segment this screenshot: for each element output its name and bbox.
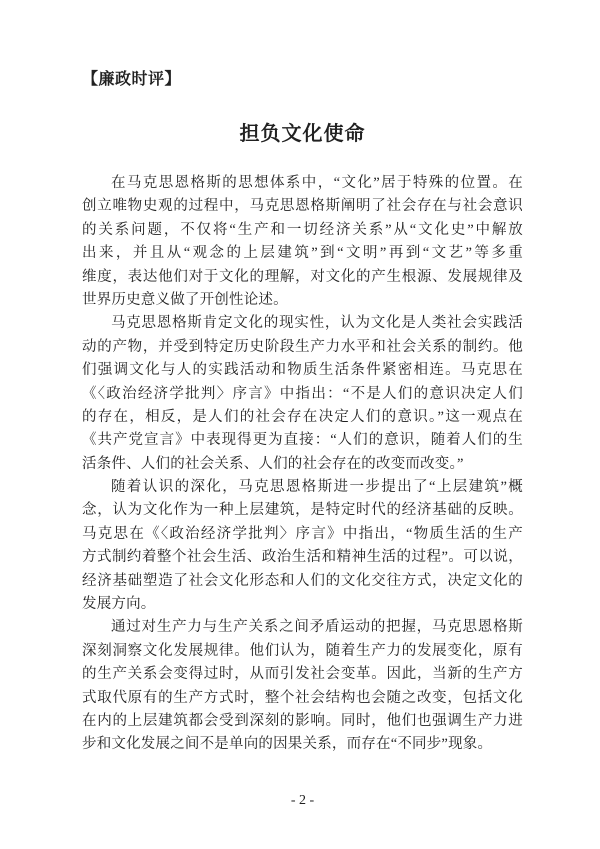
body-paragraph: 马克思恩格斯肯定文化的现实性，认为文化是人类社会实践活动的产物，并受到特定历史阶… bbox=[82, 312, 523, 476]
text-line: 《共产党宣言》中表现得更为直接：“人们的意识，随着人们的生 bbox=[82, 429, 523, 452]
text-line: 维度，表达他们对于文化的理解，对文化的产生根源、发展规律及 bbox=[82, 266, 523, 289]
text-line: 马克思在《〈政治经济学批判〉序言》中指出，“物质生活的生产 bbox=[82, 523, 523, 546]
text-line: 步和文化发展之间不是单向的因果关系，而存在“不同步”现象。 bbox=[82, 733, 523, 756]
text-line: 通过对生产力与生产关系之间矛盾运动的把握，马克思恩格斯 bbox=[82, 616, 523, 639]
text-line: 在马克思恩格斯的思想体系中，“文化”居于特殊的位置。在 bbox=[82, 172, 523, 195]
page-title: 担负文化使命 bbox=[82, 120, 523, 148]
text-line: 们强调文化与人的实践活动和物质生活条件紧密相连。马克思在 bbox=[82, 359, 523, 382]
body-paragraph: 随着认识的深化，马克思恩格斯进一步提出了“上层建筑”概念，认为文化作为一种上层建… bbox=[82, 476, 523, 616]
text-line: 创立唯物史观的过程中，马克思恩格斯阐明了社会存在与社会意识 bbox=[82, 195, 523, 218]
text-line: 经济基础塑造了社会文化形态和人们的文化交往方式，决定文化的 bbox=[82, 570, 523, 593]
text-line: 出来，并且从“观念的上层建筑”到“文明”再到“文艺”等多重 bbox=[82, 242, 523, 265]
text-line: 活条件、人们的社会关系、人们的社会存在的改变而改变。” bbox=[82, 453, 523, 476]
section-header: 【廉政时评】 bbox=[82, 70, 523, 90]
document-body: 在马克思恩格斯的思想体系中，“文化”居于特殊的位置。在创立唯物史观的过程中，马克… bbox=[82, 172, 523, 757]
text-line: 的存在，相反，是人们的社会存在决定人们的意识。”这一观点在 bbox=[82, 406, 523, 429]
text-line: 随着认识的深化，马克思恩格斯进一步提出了“上层建筑”概 bbox=[82, 476, 523, 499]
text-line: 《〈政治经济学批判〉序言》中指出：“不是人们的意识决定人们 bbox=[82, 383, 523, 406]
text-line: 方式制约着整个社会生活、政治生活和精神生活的过程”。可以说， bbox=[82, 546, 523, 569]
body-paragraph: 通过对生产力与生产关系之间矛盾运动的把握，马克思恩格斯深刻洞察文化发展规律。他们… bbox=[82, 616, 523, 756]
body-paragraph: 在马克思恩格斯的思想体系中，“文化”居于特殊的位置。在创立唯物史观的过程中，马克… bbox=[82, 172, 523, 312]
text-line: 式取代原有的生产方式时，整个社会结构也会随之改变，包括文化 bbox=[82, 687, 523, 710]
text-line: 在内的上层建筑都会受到深刻的影响。同时，他们也强调生产力进 bbox=[82, 710, 523, 733]
text-line: 马克思恩格斯肯定文化的现实性，认为文化是人类社会实践活 bbox=[82, 312, 523, 335]
text-line: 的生产关系会变得过时，从而引发社会变革。因此，当新的生产方 bbox=[82, 663, 523, 686]
page-number: - 2 - bbox=[82, 791, 523, 811]
text-line: 动的产物，并受到特定历史阶段生产力水平和社会关系的制约。他 bbox=[82, 336, 523, 359]
text-line: 世界历史意义做了开创性论述。 bbox=[82, 289, 523, 312]
document-page: 【廉政时评】 担负文化使命 在马克思恩格斯的思想体系中，“文化”居于特殊的位置。… bbox=[0, 0, 600, 849]
text-line: 发展方向。 bbox=[82, 593, 523, 616]
text-line: 的关系问题，不仅将“生产和一切经济关系”从“文化史”中解放 bbox=[82, 219, 523, 242]
text-line: 念，认为文化作为一种上层建筑，是特定时代的经济基础的反映。 bbox=[82, 499, 523, 522]
text-line: 深刻洞察文化发展规律。他们认为，随着生产力的发展变化，原有 bbox=[82, 640, 523, 663]
